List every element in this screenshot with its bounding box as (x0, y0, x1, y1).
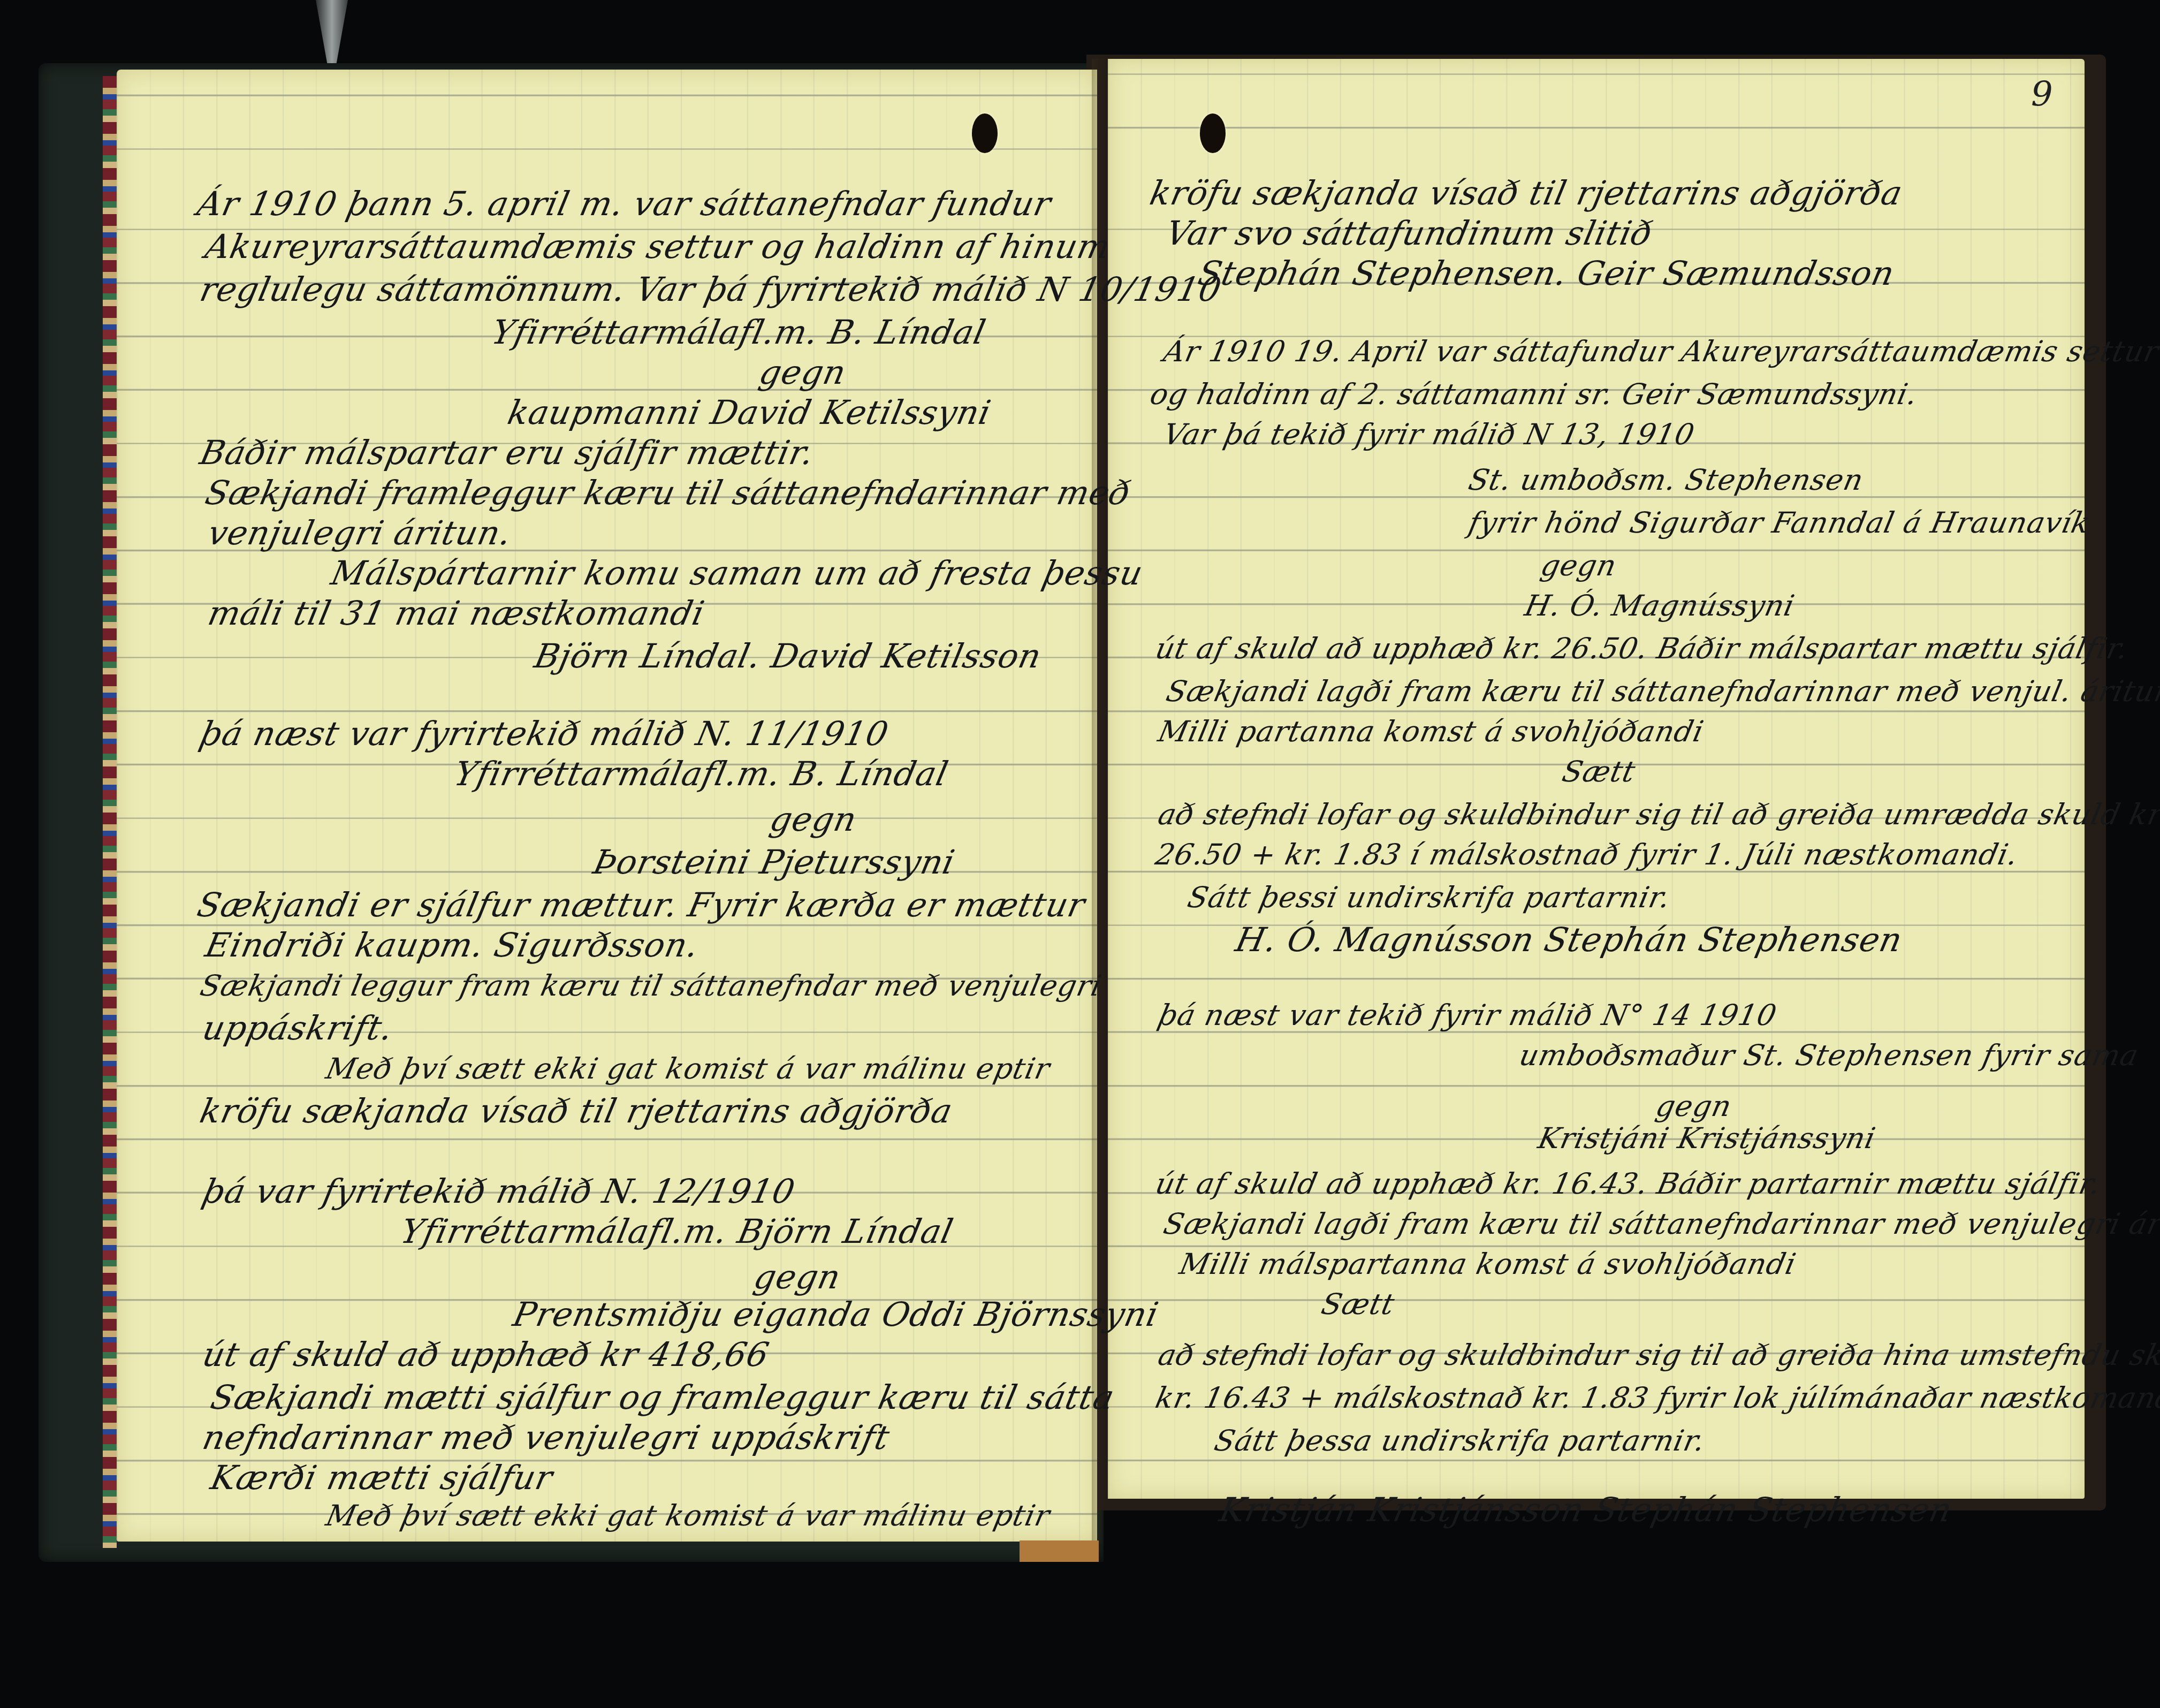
handwritten-line: fyrir hönd Sigurðar Fanndal á Hraunavík (1466, 508, 2093, 537)
handwritten-line: Sækjandi framleggur kæru til sáttanefnda… (202, 476, 1134, 510)
handwritten-line: 26.50 + kr. 1.83 í málskostnað fyrir 1. … (1153, 840, 2021, 869)
handwritten-line: kr. 16.43 + málskostnað kr. 1.83 fyrir l… (1153, 1384, 2160, 1413)
handwritten-line: Milli málspartanna komst á svohljóðandi (1177, 1250, 1799, 1279)
handwritten-line: kröfu sækjanda vísað til rjettarins aðgj… (197, 1095, 955, 1128)
handwritten-line: umboðsmaður St. Stephensen fyrir sama (1517, 1041, 2141, 1070)
handwritten-line: Akureyrarsáttaumdæmis settur og haldinn … (202, 230, 1113, 263)
handwritten-line: gegn (1653, 1092, 1734, 1121)
handwritten-line: Með því sætt ekki gat komist á var málin… (323, 1054, 1053, 1083)
handwritten-line: Yfirréttarmálafl.m. B. Líndal (489, 316, 988, 349)
handwritten-line: Sækjandi lagði fram kæru til sáttanefnda… (1161, 1210, 2160, 1239)
handwritten-line: og haldinn af 2. sáttamanni sr. Geir Sæm… (1147, 380, 1920, 409)
signature-line: Stephán Stephensen. Geir Sæmundsson (1195, 257, 1897, 290)
handwritten-line: Ár 1910 19. April var sáttafundur Akurey… (1161, 337, 2160, 366)
handwritten-line: Sækjandi leggur fram kæru til sáttanefnd… (197, 971, 1104, 1000)
handwritten-line: þá næst var tekið fyrir málið N° 14 1910 (1155, 1001, 1779, 1030)
handwritten-line: kröfu sækjanda vísað til rjettarins aðgj… (1147, 177, 1905, 210)
marbled-edge (103, 76, 117, 1548)
handwritten-line: Sátt þessa undirskrifa partarnir. (1212, 1426, 1708, 1455)
handwritten-line: Sækjandi mætti sjálfur og framleggur kær… (208, 1381, 1117, 1414)
handwritten-line: uppáskrift. (200, 1012, 396, 1045)
handwritten-line: gegn (1538, 551, 1619, 580)
handwritten-line: út af skuld að upphæð kr 418,66 (200, 1338, 772, 1371)
handwritten-line: Var þá tekið fyrir málið N 13, 1910 (1161, 420, 1697, 449)
handwritten-line: Prentsmiðju eiganda Oddi Björnssyni (510, 1298, 1161, 1331)
handwritten-line: Báðir málspartar eru sjálfir mættir. (197, 436, 817, 469)
handwritten-line: Milli partanna komst á svohljóðandi (1155, 717, 1706, 746)
handwritten-line: Eindriði kaupm. Sigurðsson. (202, 929, 702, 962)
handwritten-line: reglulegu sáttamönnum. Var þá fyrirtekið… (197, 273, 1224, 306)
handwritten-line: H. Ó. Magnússyni (1522, 591, 1797, 620)
handwritten-line: Kristjáni Kristjánssyni (1535, 1124, 1878, 1153)
handwritten-line: nefndarinnar með venjulegri uppáskrift (200, 1421, 893, 1454)
signature-line: H. Ó. Magnússon Stephán Stephensen (1233, 923, 1905, 957)
handwritten-line: Sætt (1319, 1290, 1397, 1319)
handwritten-line: venjulegri áritun. (205, 517, 514, 550)
handwritten-line: Með því sætt ekki gat komist á var málin… (323, 1501, 1053, 1530)
handwritten-line: Þorsteini Pjeturssyni (590, 846, 957, 879)
signature-line: Björn Líndal. David Ketilsson (531, 640, 1044, 673)
handwritten-line: Kærði mætti sjálfur (208, 1461, 556, 1494)
page-number: 9 (2031, 75, 2053, 115)
handwritten-line: að stefndi lofar og skuldbindur sig til … (1155, 1341, 2160, 1370)
handwritten-line: Sætt (1560, 757, 1638, 786)
handwritten-line: Var svo sáttafundinum slitið (1163, 217, 1655, 250)
handwritten-line: máli til 31 mai næstkomandi (205, 597, 708, 630)
handwritten-line: þá næst var fyrirtekið málið N. 11/1910 (197, 717, 891, 750)
handwritten-line: þá var fyrirtekið málið N. 12/1910 (200, 1175, 798, 1208)
handwritten-line: gegn (767, 803, 860, 836)
handwritten-line: St. umboðsm. Stephensen (1466, 466, 1866, 495)
handwritten-line: Yfirréttarmálafl.m. Björn Líndal (398, 1215, 956, 1248)
handwritten-line: kaupmanni David Ketilssyni (505, 396, 994, 429)
handwritten-line: Sátt þessi undirskrifa partarnir. (1185, 883, 1673, 912)
punch-hole-right (1200, 113, 1226, 153)
punch-hole-left (972, 113, 998, 153)
handwritten-line: Málspártarnir komu saman um að fresta þe… (328, 557, 1146, 590)
handwritten-line: Sækjandi lagði fram kæru til sáttanefnda… (1163, 677, 2160, 706)
handwritten-line: gegn (756, 356, 849, 389)
signature-line: Kristján Kristjánsson Stephán Stephensen (1216, 1493, 1955, 1527)
handwritten-line: Sækjandi er sjálfur mættur. Fyrir kærða … (194, 889, 1088, 922)
page-tab (1020, 1540, 1099, 1562)
handwritten-line: gegn (751, 1261, 843, 1294)
handwritten-line: út af skuld að upphæð kr. 26.50. Báðir m… (1153, 634, 2131, 663)
handwritten-line: út af skuld að upphæð kr. 16.43. Báðir p… (1153, 1170, 2103, 1198)
handwritten-line: Yfirréttarmálafl.m. B. Líndal (451, 757, 951, 791)
handwritten-line: að stefndi lofar og skuldbindur sig til … (1155, 800, 2160, 829)
handwritten-line: Ár 1910 þann 5. april m. var sáttanefnda… (194, 187, 1054, 221)
